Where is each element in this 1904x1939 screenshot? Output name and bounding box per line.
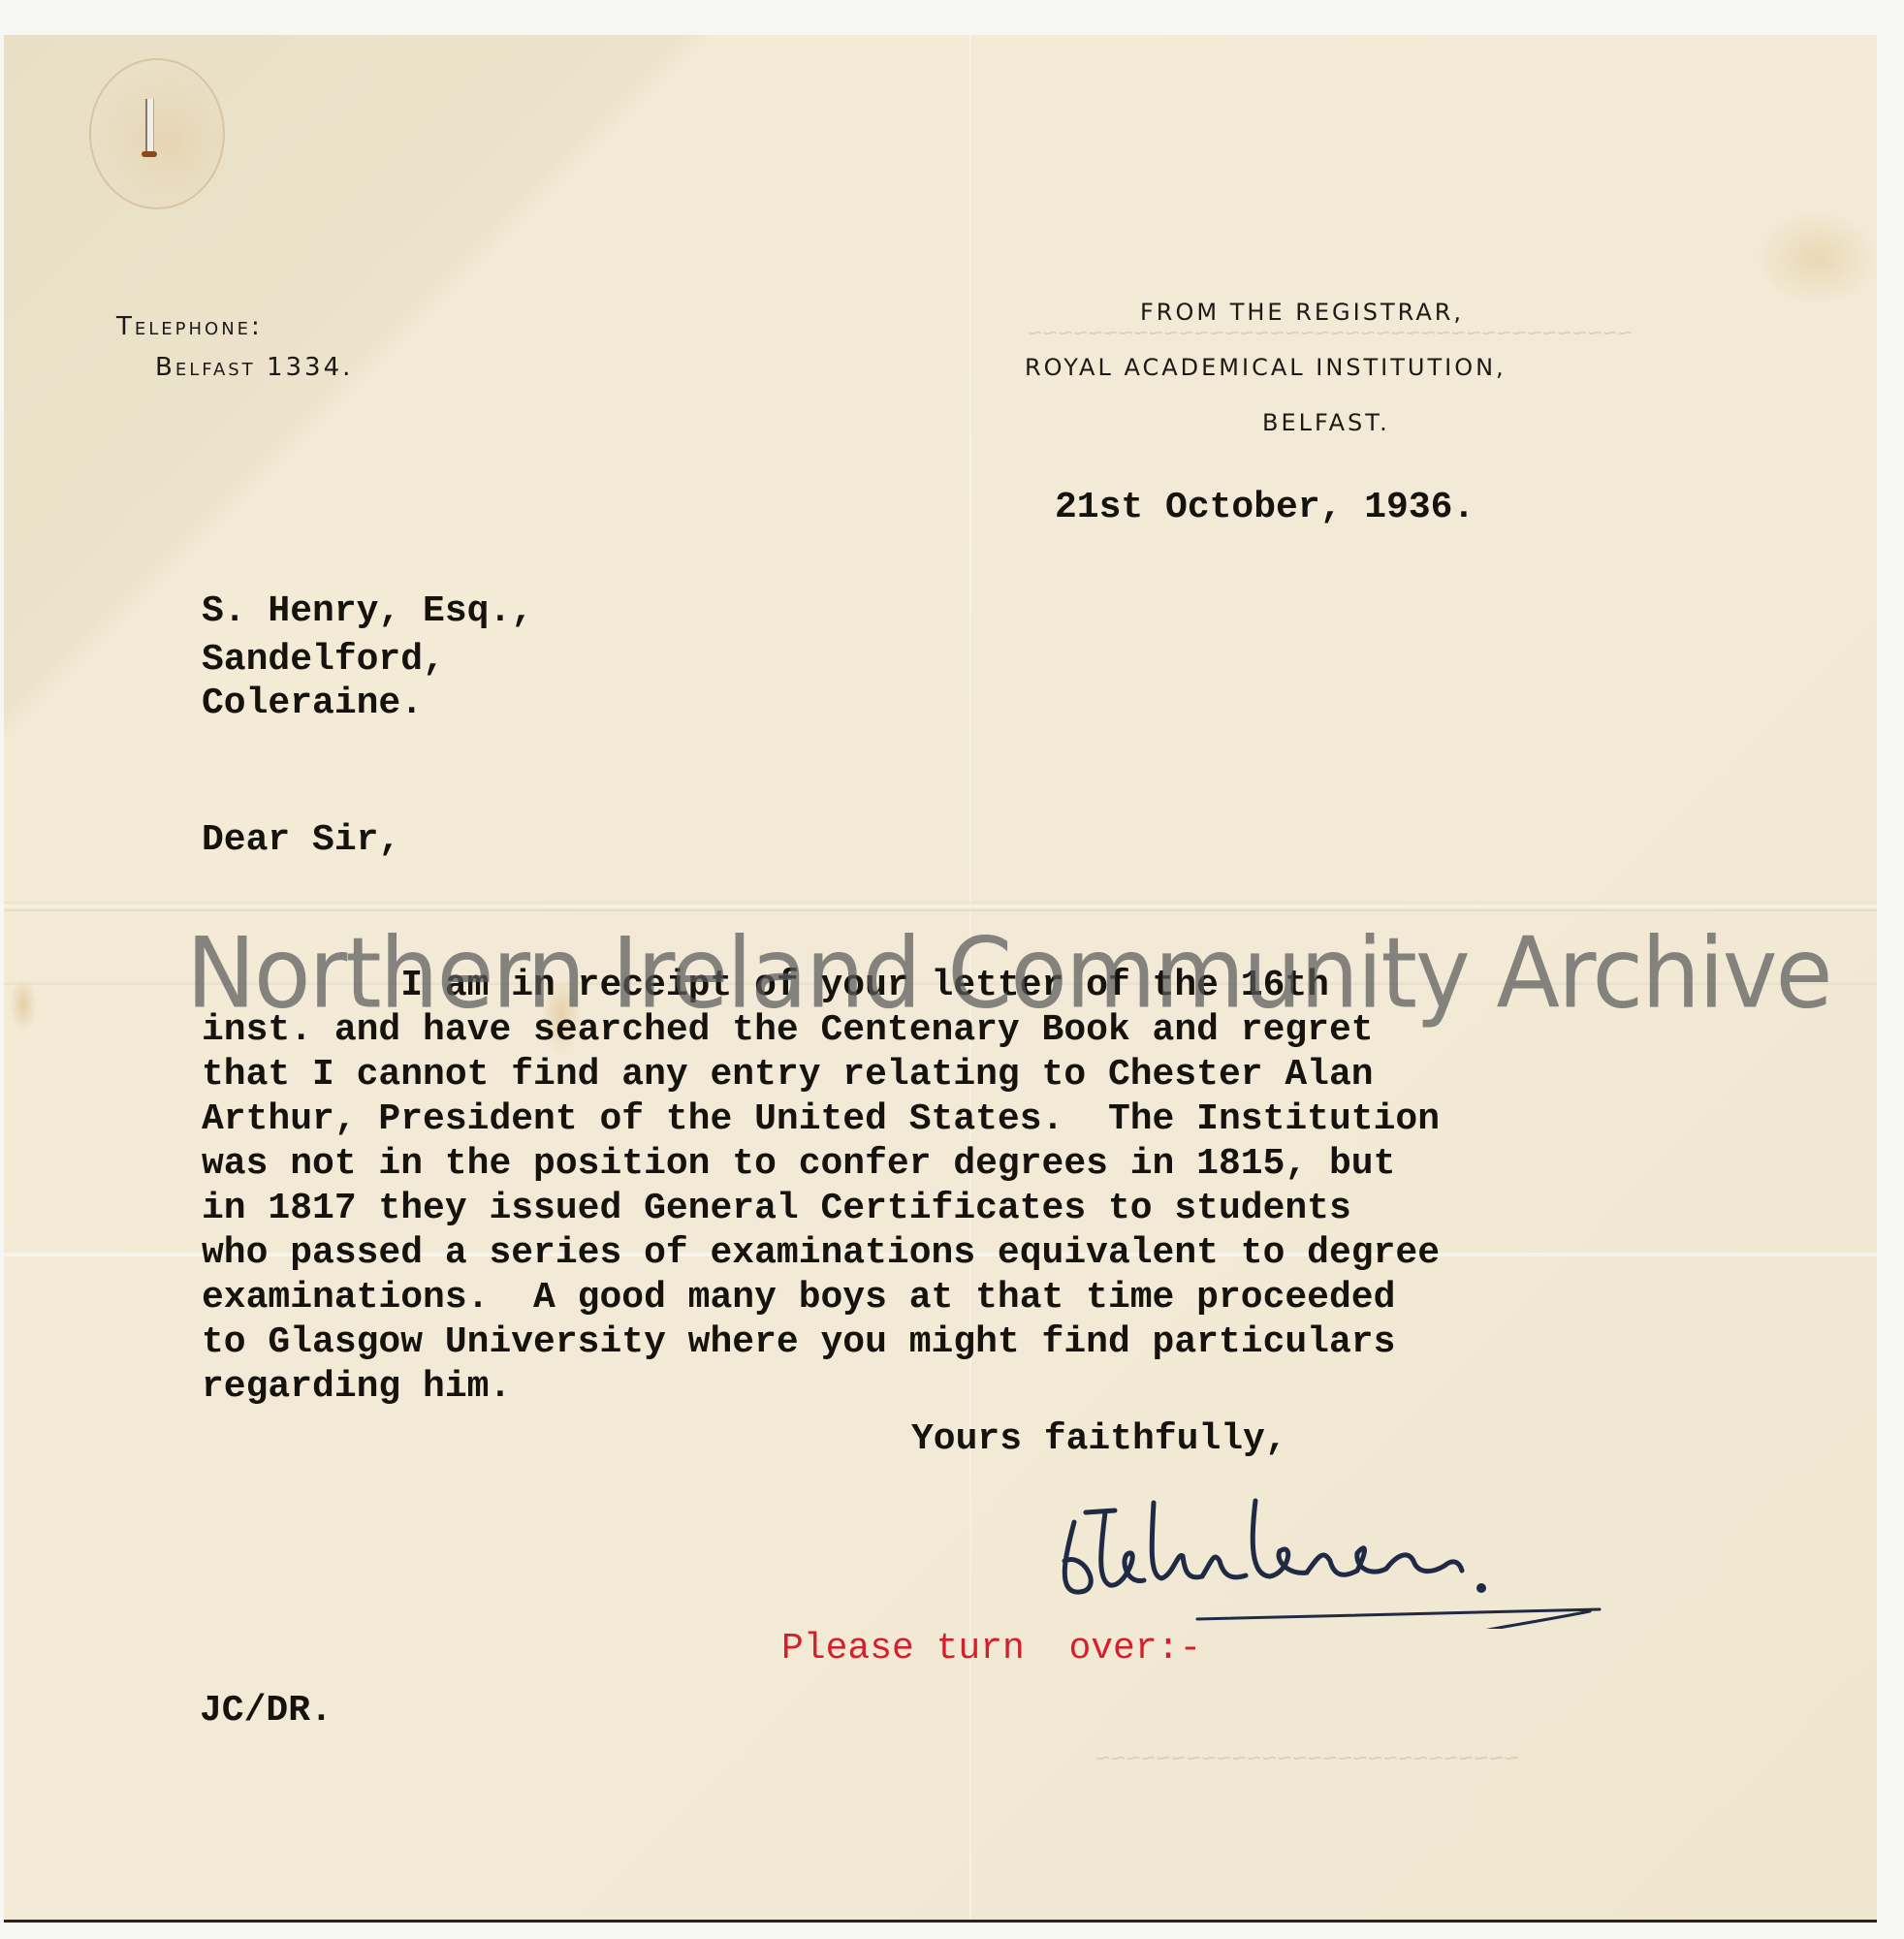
rust-spot xyxy=(142,151,157,157)
body-line: in 1817 they issued General Certificates… xyxy=(202,1187,1440,1231)
body-line: who passed a series of examinations equi… xyxy=(202,1231,1440,1276)
archive-watermark: Northern Ireland Community Archive xyxy=(186,916,1831,1031)
body-line: regarding him. xyxy=(202,1365,1440,1410)
staple-icon xyxy=(145,99,154,153)
handwritten-signature xyxy=(1047,1483,1648,1629)
letterhead-from-registrar: FROM THE REGISTRAR, xyxy=(1140,299,1464,326)
recipient-name: S. Henry, Esq., xyxy=(202,593,533,630)
staple-mark-icon xyxy=(89,58,225,209)
closing: Yours faithfully, xyxy=(911,1421,1287,1458)
reference-initials: JC/DR. xyxy=(200,1693,333,1730)
telephone-label: Telephone: xyxy=(116,312,263,341)
body-line: to Glasgow University where you might fi… xyxy=(202,1320,1440,1365)
letterhead-city: BELFAST. xyxy=(1262,409,1390,436)
turn-over-note: Please turn over:- xyxy=(781,1631,1201,1668)
fold-crease-horizontal xyxy=(4,902,1877,911)
body-line: that I cannot find any entry relating to… xyxy=(202,1053,1440,1097)
telephone-number: Belfast 1334. xyxy=(155,353,353,382)
body-line: was not in the position to confer degree… xyxy=(202,1142,1440,1187)
show-through-text: ~~~~~~~~~~~~~~~~~~~~~~~~~~~~ xyxy=(1095,1745,1519,1774)
body-line: Arthur, President of the United States. … xyxy=(202,1097,1440,1142)
body-line: examinations. A good many boys at that t… xyxy=(202,1276,1440,1320)
letterhead-institution: ROYAL ACADEMICAL INSTITUTION, xyxy=(1025,354,1507,381)
recipient-address-line2: Coleraine. xyxy=(202,685,423,722)
recipient-address-line1: Sandelford, xyxy=(202,642,445,679)
salutation: Dear Sir, xyxy=(202,822,400,859)
letter-date: 21st October, 1936. xyxy=(1055,490,1475,526)
